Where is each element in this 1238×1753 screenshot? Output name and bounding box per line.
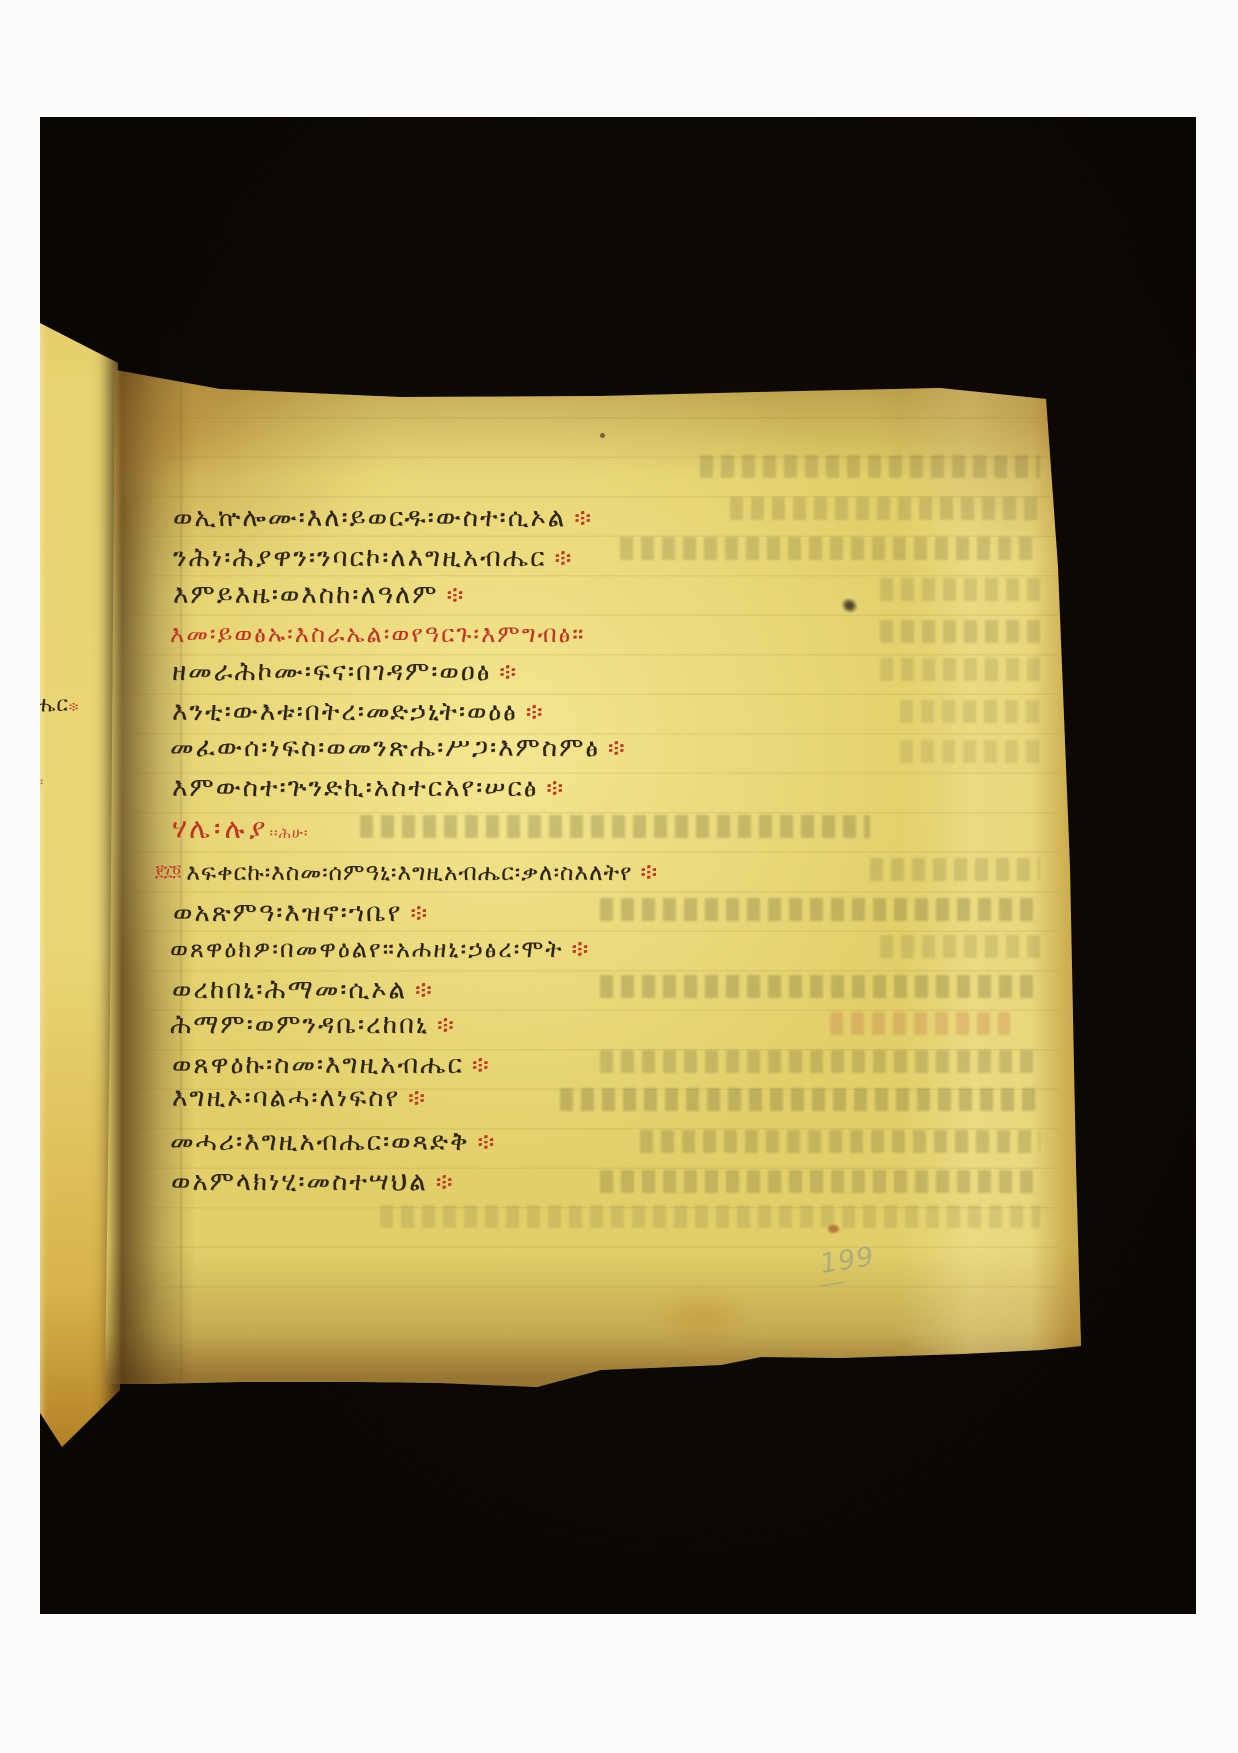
manuscript-line-9-halleluya-heading: ሃሌ፡ሉያ፡፡ሕሁ፡ [172,815,308,849]
manuscript-line-12: ወጸዋዕክዎ፡በመዋዕልየ።አሐዘኒ፡ኃፅረ፡ሞት፨ [170,935,590,965]
manuscript-line-14: ሕማም፡ወምንዳቤ፡ረከበኒ፨ [170,1010,456,1041]
manuscript-line-10: ፻፲፬እፍቀርኩ፡እስመ፡ሰምዓኒ፡እግዚአብሔር፡ቃለ፡ስእለትየ፨ [155,858,658,891]
text-segment: ወአምላክነሂ፡መስተሣህል [171,1167,428,1196]
manuscript-line-8: እምውስተ፡ጕንድኪ፡አስተርአየ፡ሠርፅ፨ [172,773,565,804]
bleed-through-row [560,1088,1040,1111]
margin-fragment-text: ሔር [40,692,69,716]
rubric-small-segment: ፡፡ሕሁ፡ [269,826,308,842]
verse-divider-mark: ፨ [574,506,593,532]
folio-number-underline [821,1281,845,1287]
text-segment: እፍቀርኩ፡እስመ፡ሰምዓኒ፡እግዚአብሔር፡ቃለ፡ስእለትየ [186,860,632,885]
text-segment: እግዚኦ፡ባልሓ፡ለነፍስየ [172,1083,400,1112]
text-segment: ወጸዋዕኩ፡ስመ፡እግዚአብሔር [172,1050,464,1079]
manuscript-line-7: መፈውሰ፡ነፍስ፡ወመንጽሔ፡ሥጋ፡እምስምፅ፨ [170,733,627,764]
verse-divider-mark: ፨ [554,546,573,572]
bleed-through-row [870,858,1040,881]
verse-divider-mark: ፨ [572,937,591,963]
bleed-through-row [880,658,1040,681]
manuscript-line-18: ወአምላክነሂ፡መስተሣህል፨ [171,1167,455,1198]
text-segment: ወረከበኒ፡ሕማመ፡ሲኦል [172,975,407,1004]
margin-red-mark: ፨ [40,774,43,790]
manuscript-line-11: ወአጽምዓ፡እዝኖ፡ኀቤየ፨ [173,898,429,929]
bleed-through-row [380,1205,1040,1228]
manuscript-line-17: መሓሪ፡እግዚአብሔር፡ወጻድቅ፨ [170,1127,496,1158]
rubric-segment: እመ፡ይወፅኡ፡እስራኤል፡ወየዓርጉ፡እምግብፅ። [170,622,585,648]
psalm-number: ፻፲፬ [155,863,181,880]
bleed-through-row [830,1012,1010,1035]
text-segment: እንቲ፡ውእቱ፡በትረ፡መድኃኒት፡ወዕፅ [172,697,518,726]
bleed-through-row [360,815,870,838]
bleed-through-row [880,620,1040,643]
text-segment: ንሕነ፡ሕያዋን፡ንባርኮ፡ለእግዚአብሔር [173,543,546,572]
verse-divider-mark: ፨ [499,660,518,686]
manuscript-line-3: እምይእዜ፡ወእስከ፡ለዓለም፨ [173,580,465,611]
text-segment: ወኢኵሎሙ፡እለ፡ይወርዱ፡ውስተ፡ሲኦል [173,503,566,532]
text-segment: እምይእዜ፡ወእስከ፡ለዓለም [173,580,439,609]
bleed-through-row [600,898,1040,921]
manuscript-line-6: እንቲ፡ውእቱ፡በትረ፡መድኃኒት፡ወዕፅ፨ [172,697,545,728]
text-segment: ዘመራሕኮሙ፡ፍና፡በገዳም፡ወዐፅ [172,657,491,686]
rubric-segment: ሃሌ፡ሉያ [172,814,269,845]
verse-divider-mark: ፨ [472,1053,491,1079]
verse-divider-mark: ፨ [478,1130,497,1156]
manuscript-line-16: እግዚኦ፡ባልሓ፡ለነፍስየ፨ [172,1083,427,1114]
text-segment: እምውስተ፡ጕንድኪ፡አስተርአየ፡ሠርፅ [172,773,538,802]
bleed-through-row [730,497,1040,520]
verse-divider-mark: ፨ [640,860,658,886]
manuscript-line-15: ወጸዋዕኩ፡ስመ፡እግዚአብሔር፨ [172,1050,491,1081]
bleed-through-row [600,1050,1040,1073]
folio-number-pencil: 199 [818,1241,877,1280]
bleed-through-row [900,740,1040,763]
stain [652,1285,752,1347]
text-segment: ወአጽምዓ፡እዝኖ፡ኀቤየ [173,898,402,927]
bleed-through-row [900,700,1040,723]
manuscript-line-13: ወረከበኒ፡ሕማመ፡ሲኦል፨ [172,975,434,1006]
spine-fore-edge-strip [40,117,120,1614]
margin-fragment-mark: ፨ [69,699,79,714]
ink-smudge [838,595,860,616]
text-segment: መሓሪ፡እግዚአብሔር፡ወጻድቅ [170,1127,470,1156]
stain-dot [828,1225,839,1233]
manuscript-line-2: ንሕነ፡ሕያዋን፡ንባርኮ፡ለእግዚአብሔር፨ [173,543,573,574]
verse-divider-mark: ፨ [408,1086,427,1112]
verse-divider-mark: ፨ [436,1170,455,1196]
verse-divider-mark: ፨ [546,776,565,802]
bleed-through-row [880,935,1040,958]
bleed-through-row [600,975,1040,998]
text-segment: ሕማም፡ወምንዳቤ፡ረከበኒ [170,1010,429,1039]
bleed-through-row [880,578,1040,601]
bleed-through-row [620,537,1040,560]
verse-divider-mark: ፨ [526,700,545,726]
verse-divider-mark: ፨ [410,901,429,927]
bleed-through-row [700,455,1040,478]
manuscript-line-1: ወኢኵሎሙ፡እለ፡ይወርዱ፡ውስተ፡ሲኦል፨ [173,503,593,534]
manuscript-line-4-antiphon: እመ፡ይወፅኡ፡እስራኤል፡ወየዓርጉ፡እምግብፅ። [170,620,585,650]
verse-divider-mark: ፨ [447,583,466,609]
scan-sheet: { "document": { "description_title": "",… [0,0,1238,1753]
text-segment: ወጸዋዕክዎ፡በመዋዕልየ።አሐዘኒ፡ኃፅረ፡ሞት [170,937,564,963]
text-segment: መፈውሰ፡ነፍስ፡ወመንጽሔ፡ሥጋ፡እምስምፅ [170,733,600,762]
verse-divider-mark: ፨ [415,978,434,1004]
ink-speck [600,433,605,438]
verse-divider-mark: ፨ [437,1013,456,1039]
bleed-through-row [640,1130,1040,1153]
parchment-page: ወኢኵሎሙ፡እለ፡ይወርዱ፡ውስተ፡ሲኦል፨ ንሕነ፡ሕያዋን፡ንባርኮ፡ለእግ… [40,117,1196,1614]
photo-background: ወኢኵሎሙ፡እለ፡ይወርዱ፡ውስተ፡ሲኦል፨ ንሕነ፡ሕያዋን፡ንባርኮ፡ለእግ… [40,117,1196,1614]
verse-divider-mark: ፨ [608,736,627,762]
margin-fragment: ሔር፨ [40,692,79,717]
manuscript-line-5: ዘመራሕኮሙ፡ፍና፡በገዳም፡ወዐፅ፨ [172,657,518,688]
bleed-through-row [600,1170,1040,1193]
